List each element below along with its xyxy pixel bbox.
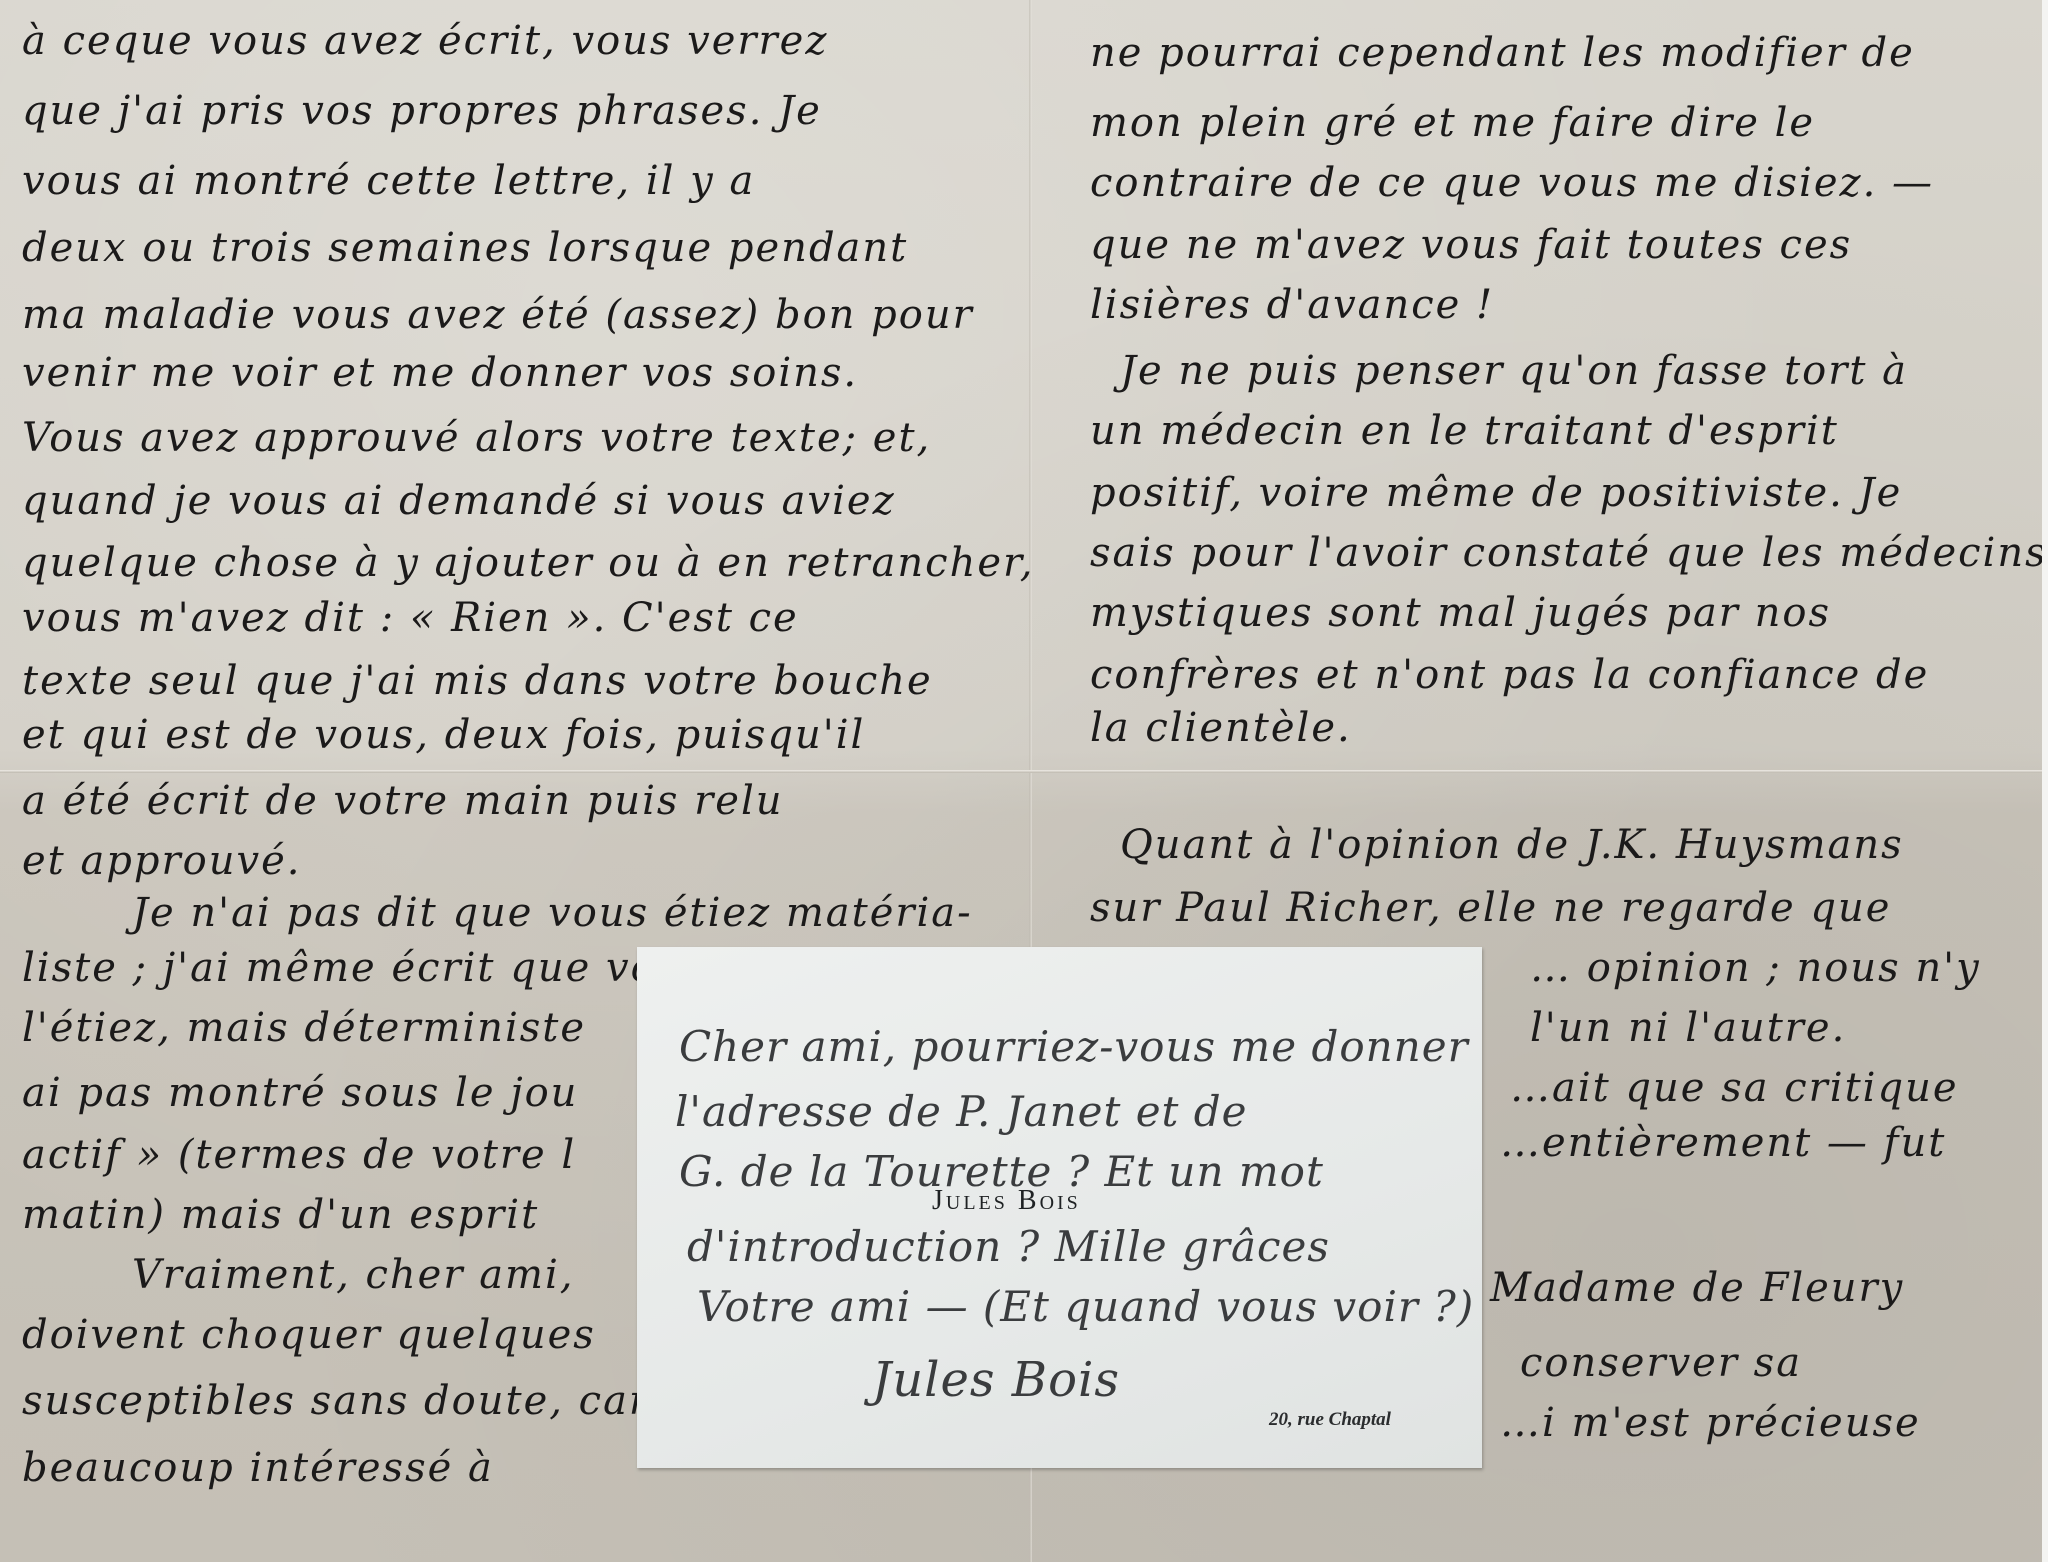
letter-line: Je n'ai pas dit que vous étiez matéria-: [132, 890, 973, 936]
letter-line: et approuvé.: [22, 838, 301, 884]
letter-line: ai pas montré sous le jou: [22, 1070, 578, 1116]
letter-line: conserver sa: [1520, 1340, 1802, 1386]
letter-line: ne pourrai cependant les modifier de: [1090, 30, 1915, 76]
letter-line: à ceque vous avez écrit, vous verrez: [22, 18, 828, 64]
letter-line: contraire de ce que vous me disiez. —: [1090, 160, 1934, 206]
letter-line: venir me voir et me donner vos soins.: [22, 350, 858, 396]
letter-line: quelque chose à y ajouter ou à en retran…: [22, 540, 1034, 586]
letter-line: doivent choquer quelques: [22, 1312, 596, 1358]
letter-line: vous m'avez dit : « Rien ». C'est ce: [22, 595, 799, 641]
letter-line: que j'ai pris vos propres phrases. Je: [22, 88, 822, 134]
letter-line: positif, voire même de positiviste. Je: [1090, 470, 1902, 516]
letter-line: mon plein gré et me faire dire le: [1090, 100, 1815, 146]
card-handwritten-line: Votre ami — (Et quand vous voir ?): [697, 1282, 1474, 1331]
letter-line: sais pour l'avoir constaté que les médec…: [1090, 530, 2048, 576]
letter-line: a été écrit de votre main puis relu: [22, 778, 784, 824]
letter-line: texte seul que j'ai mis dans votre bouch…: [22, 658, 933, 704]
letter-line: Vraiment, cher ami,: [132, 1252, 574, 1298]
letter-line: ma maladie vous avez été (assez) bon pou…: [22, 292, 974, 338]
card-printed-name: Jules Bois: [932, 1185, 1081, 1217]
letter-line: …ait que sa critique: [1510, 1065, 1959, 1111]
letter-line: l'étiez, mais déterministe: [22, 1005, 586, 1051]
letter-line: l'un ni l'autre.: [1530, 1005, 1846, 1051]
letter-line: et qui est de vous, deux fois, puisqu'il: [22, 712, 865, 758]
visiting-card: Cher ami, pourriez-vous me donner l'adre…: [637, 947, 1482, 1468]
letter-line: la clientèle.: [1090, 705, 1352, 751]
letter-line: …entièrement — fut: [1500, 1120, 1946, 1166]
letter-line: actif » (termes de votre l: [22, 1132, 576, 1178]
card-handwritten-line: d'introduction ? Mille grâces: [687, 1222, 1330, 1271]
letter-line: susceptibles sans doute, car: [22, 1378, 650, 1424]
letter-line: un médecin en le traitant d'esprit: [1090, 408, 1839, 454]
card-signature: Jules Bois: [872, 1352, 1120, 1408]
card-printed-address: 20, rue Chaptal: [1269, 1409, 1391, 1431]
letter-line: sur Paul Richer, elle ne regarde que: [1090, 885, 1891, 931]
letter-line: mystiques sont mal jugés par nos: [1090, 590, 1831, 636]
background-edge: [2042, 0, 2048, 1562]
letter-line: lisières d'avance !: [1090, 282, 1494, 328]
letter-line: vous ai montré cette lettre, il y a: [22, 158, 755, 204]
letter-line: …i m'est précieuse: [1500, 1400, 1921, 1446]
letter-line: que ne m'avez vous fait toutes ces: [1090, 222, 1852, 268]
card-handwritten-line: l'adresse de P. Janet et de: [675, 1087, 1248, 1136]
letter-line: Quant à l'opinion de J.K. Huysmans: [1120, 822, 1904, 868]
horizontal-fold-crease: [0, 770, 2042, 773]
letter-line: beaucoup intéressé à: [22, 1445, 494, 1491]
letter-line: matin) mais d'un esprit: [22, 1192, 539, 1238]
letter-line: quand je vous ai demandé si vous aviez: [22, 478, 896, 524]
card-handwritten-line: Cher ami, pourriez-vous me donner: [679, 1022, 1469, 1071]
letter-line: … opinion ; nous n'y: [1530, 945, 1981, 991]
letter-line: confrères et n'ont pas la confiance de: [1090, 652, 1929, 698]
letter-line: Je ne puis penser qu'on fasse tort à: [1120, 348, 1908, 394]
letter-line: Vous avez approuvé alors votre texte; et…: [22, 415, 931, 461]
letter-line: Madame de Fleury: [1490, 1265, 1904, 1311]
letter-line: deux ou trois semaines lorsque pendant: [22, 225, 908, 271]
